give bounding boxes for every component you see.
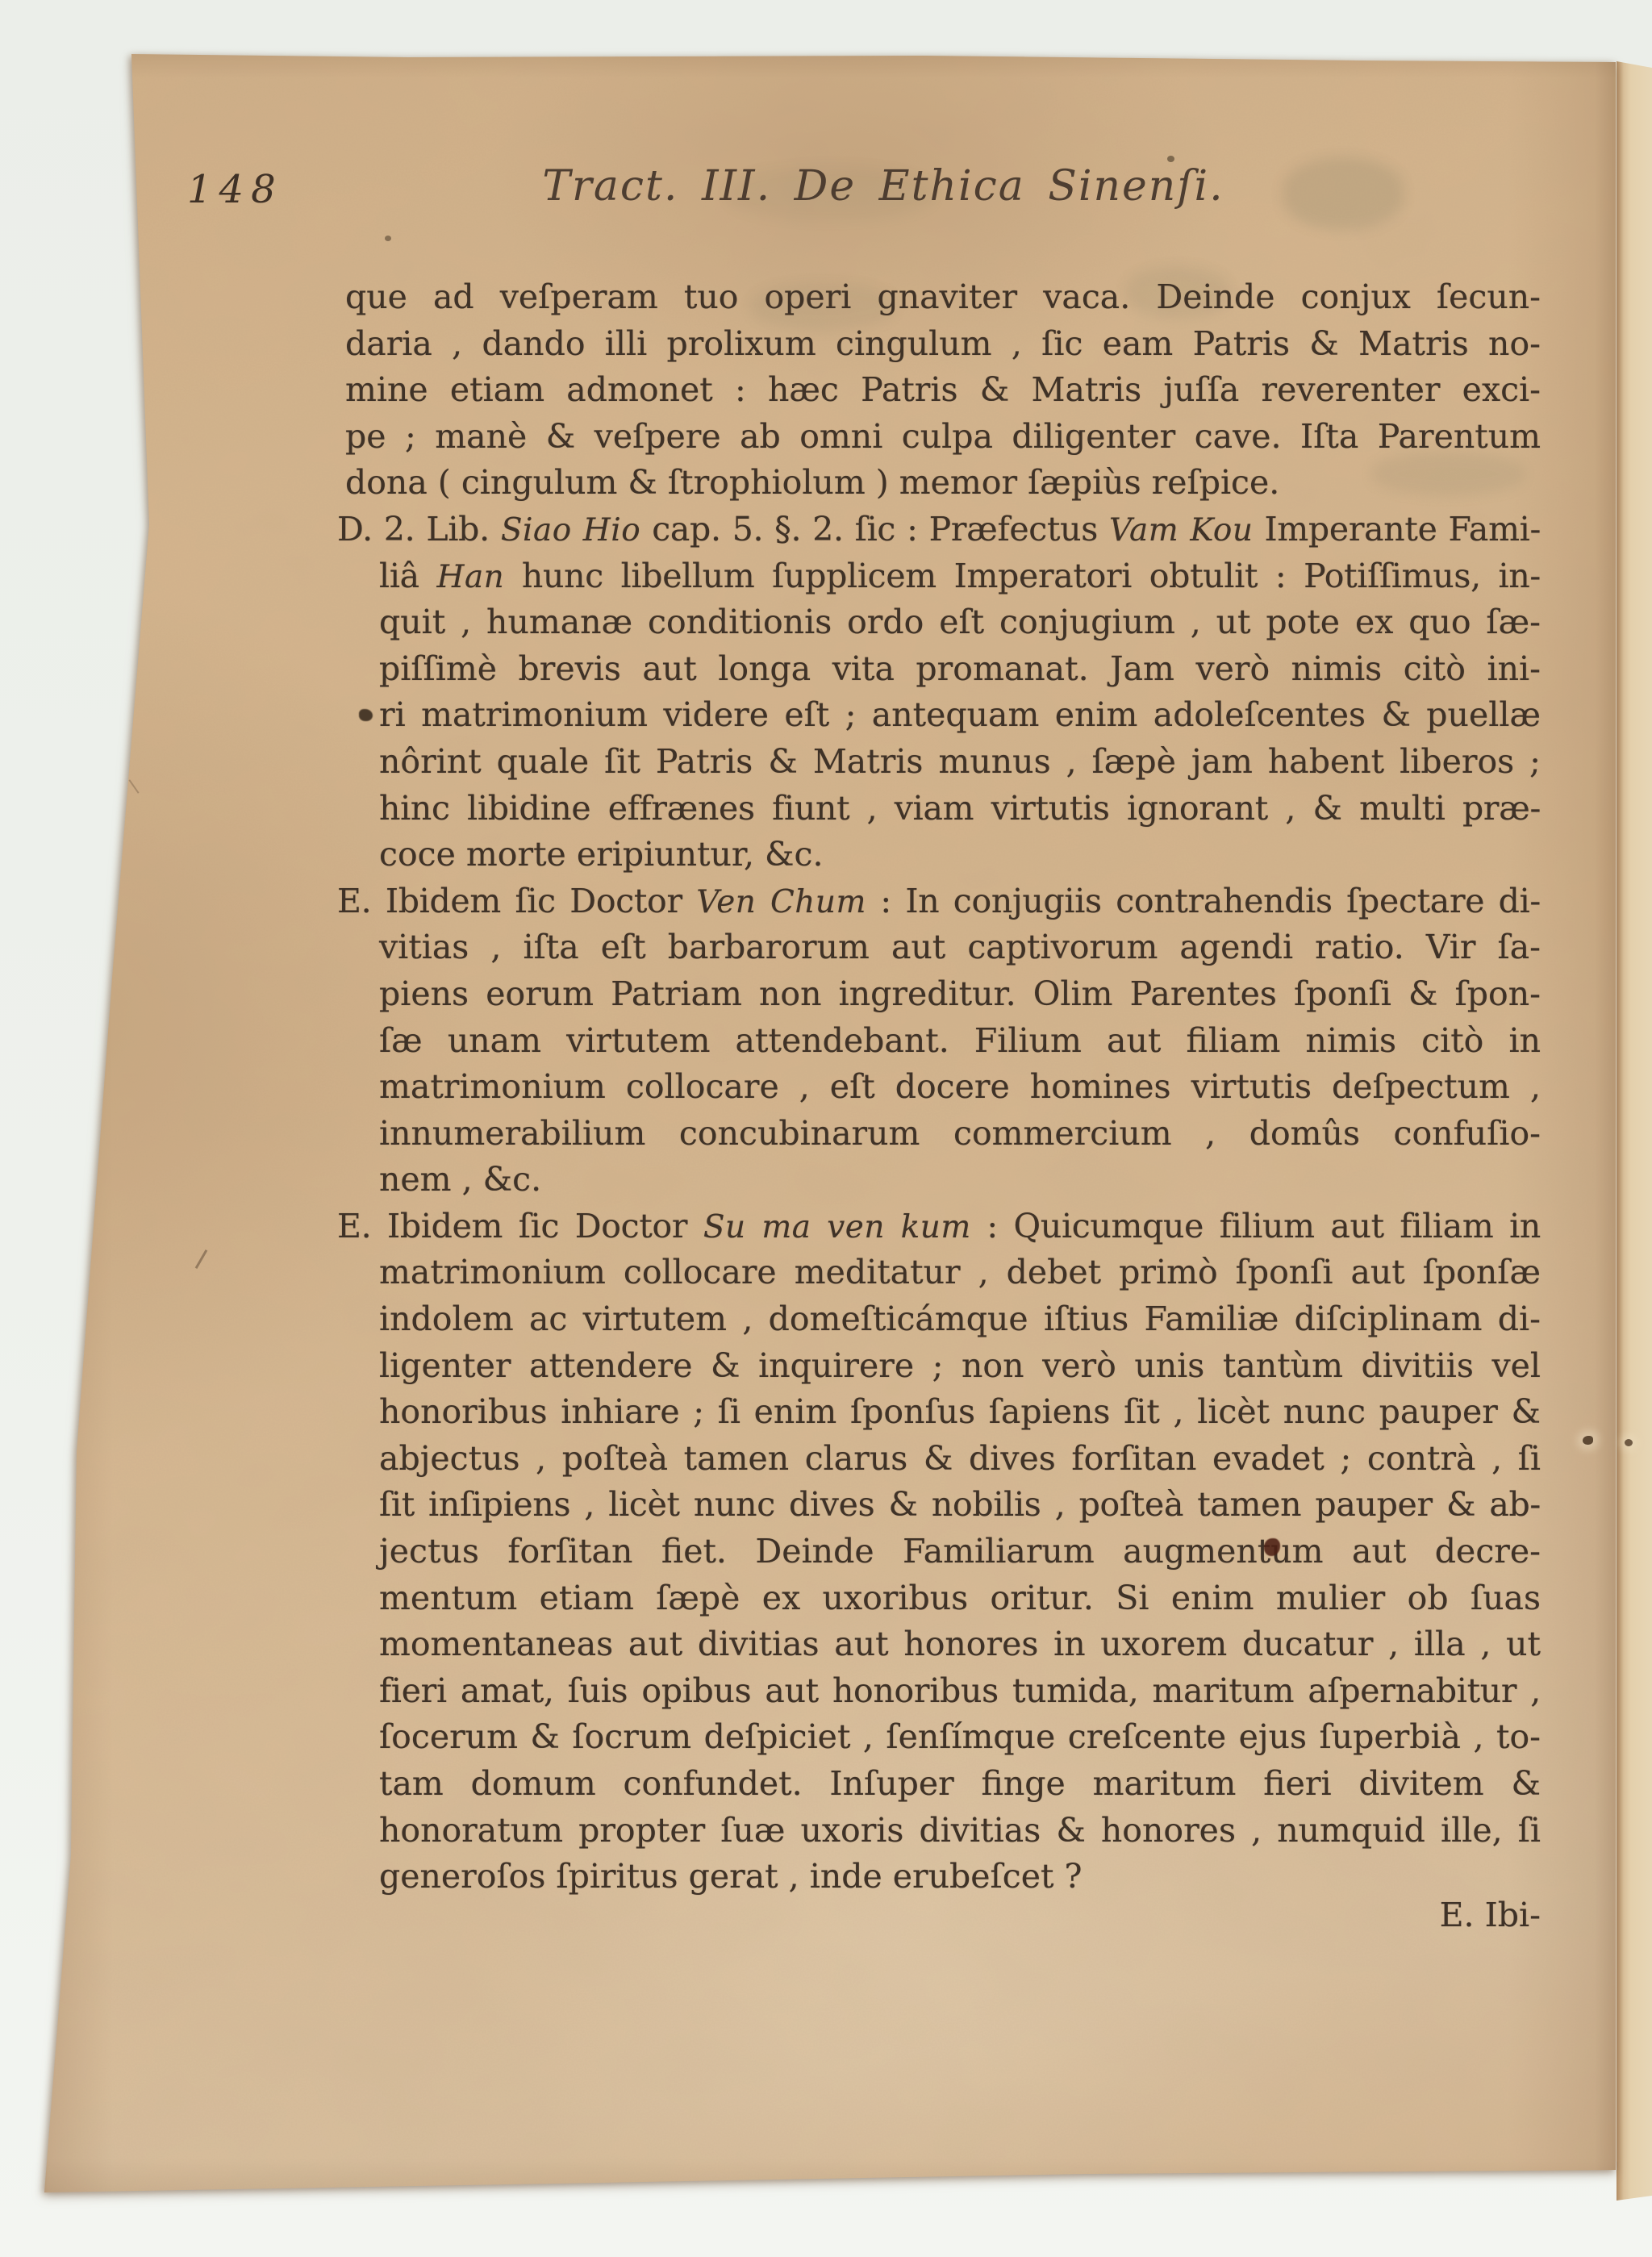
paragraph-continuation: que ad veſperam tuo operi gnaviter vaca.… [337, 274, 1541, 507]
text-segment: hunc libellum ſupplicem Imperatori obtul… [504, 557, 1541, 595]
text-segment: E. Ibidem ſic Doctor [337, 1207, 703, 1245]
text-line: daria , dando illi prolixum cingulum , ſ… [337, 321, 1541, 368]
text-line: nôrint quale ſit Patris & Matris munus ,… [337, 739, 1541, 786]
text-segment: Imperante Fami- [1253, 510, 1541, 549]
text-line: honoribus inhiare ; ſi enim ſponſus ſapi… [337, 1389, 1541, 1436]
text-line: indolem ac virtutem , domeſticámque iſti… [337, 1296, 1541, 1343]
text-line: liâ Han hunc libellum ſupplicem Imperato… [337, 553, 1541, 600]
paper-speck [385, 236, 391, 241]
text-line: coce morte eripiuntur, &c. [337, 832, 1541, 878]
text-segment: D. 2. Lib. [337, 510, 501, 549]
text-line: pe ; manè & veſpere ab omni culpa dilige… [337, 414, 1541, 461]
text-segment: : Quicumque filium aut filiam in [971, 1207, 1541, 1245]
ink-speck [1583, 1436, 1593, 1445]
text-line: matrimonium collocare , eſt docere homin… [337, 1064, 1541, 1111]
text-line: dona ( cingulum & ſtrophiolum ) memor ſæ… [337, 460, 1541, 507]
text-line: abjectus , poſteà tamen clarus & dives f… [337, 1436, 1541, 1483]
text-line: D. 2. Lib. Siao Hio cap. 5. §. 2. ſic : … [337, 507, 1541, 553]
text-line: piſſimè brevis aut longa vita promanat. … [337, 646, 1541, 693]
text-line: piens eorum Patriam non ingreditur. Olim… [337, 971, 1541, 1018]
adjacent-page-edge [1617, 61, 1652, 2201]
ink-speck [1625, 1439, 1633, 1446]
text-line: E. Ibidem ſic Doctor Ven Chum : In conju… [337, 878, 1541, 925]
text-line: tam domum confundet. Inſuper finge marit… [337, 1761, 1541, 1808]
text-line: ſit inſipiens , licèt nunc dives & nobil… [337, 1482, 1541, 1529]
paragraph-e2: E. Ibidem ſic Doctor Su ma ven kum : Qui… [337, 1204, 1541, 1900]
page-number: 148 [187, 167, 283, 212]
text-line: ri matrimonium videre eſt ; antequam eni… [337, 692, 1541, 739]
text-line: honoratum propter ſuæ uxoris divitias & … [337, 1808, 1541, 1854]
text-line: mentum etiam ſæpè ex uxoribus oritur. Si… [337, 1575, 1541, 1622]
marginal-mark [128, 779, 139, 794]
paragraph-d: D. 2. Lib. Siao Hio cap. 5. §. 2. ſic : … [337, 507, 1541, 878]
book-scan: 148 Tract. III. De Ethica Sinenſi. que a… [0, 0, 1652, 2257]
text-segment: cap. 5. §. 2. ſic : Præfectus [640, 510, 1109, 549]
running-header: Tract. III. De Ethica Sinenſi. [542, 162, 1224, 211]
text-line: innumerabilium concubinarum commercium ,… [337, 1111, 1541, 1158]
text-line: vitias , iſta eſt barbarorum aut captivo… [337, 924, 1541, 971]
text-line: generoſos ſpiritus gerat , inde erubeſce… [337, 1854, 1541, 1900]
showthrough-smudge [1283, 157, 1404, 230]
catchword: E. Ibi- [337, 1896, 1544, 1934]
italic-term: Su ma ven kum [703, 1209, 971, 1245]
italic-term: Han [436, 559, 504, 595]
text-line: E. Ibidem ſic Doctor Su ma ven kum : Qui… [337, 1204, 1541, 1250]
text-line: ſocerum & ſocrum deſpiciet , ſenſímque c… [337, 1714, 1541, 1761]
italic-term: Vam Kou [1109, 512, 1253, 549]
text-line: quit , humanæ conditionis ordo eſt conju… [337, 599, 1541, 646]
marginal-mark [195, 1249, 208, 1269]
text-line: mine etiam admonet : hæc Patris & Matris… [337, 367, 1541, 414]
text-line: ligenter attendere & inquirere ; non ver… [337, 1343, 1541, 1390]
text-segment: : In conjugiis contrahendis ſpectare di- [866, 882, 1541, 920]
text-line: hinc libidine effrænes fiunt , viam virt… [337, 786, 1541, 832]
text-line: jectus forſitan fiet. Deinde Familiarum … [337, 1529, 1541, 1575]
paragraph-e1: E. Ibidem ſic Doctor Ven Chum : In conju… [337, 878, 1541, 1204]
text-segment: E. Ibidem ſic Doctor [337, 882, 696, 920]
text-line: nem , &c. [337, 1157, 1541, 1204]
text-block: que ad veſperam tuo operi gnaviter vaca.… [337, 274, 1541, 1900]
book-page: 148 Tract. III. De Ethica Sinenſi. que a… [36, 44, 1616, 2202]
text-segment: liâ [379, 557, 436, 595]
italic-term: Ven Chum [696, 884, 866, 920]
text-line: que ad veſperam tuo operi gnaviter vaca.… [337, 274, 1541, 321]
ink-blot [359, 709, 373, 721]
paper-speck [1167, 156, 1174, 162]
text-line: momentaneas aut divitias aut honores in … [337, 1621, 1541, 1668]
italic-term: Siao Hio [501, 512, 640, 549]
text-line: ſæ unam virtutem attendebant. Filium aut… [337, 1018, 1541, 1065]
text-line: matrimonium collocare meditatur , debet … [337, 1249, 1541, 1296]
text-line: fieri amat, ſuis opibus aut honoribus tu… [337, 1668, 1541, 1715]
